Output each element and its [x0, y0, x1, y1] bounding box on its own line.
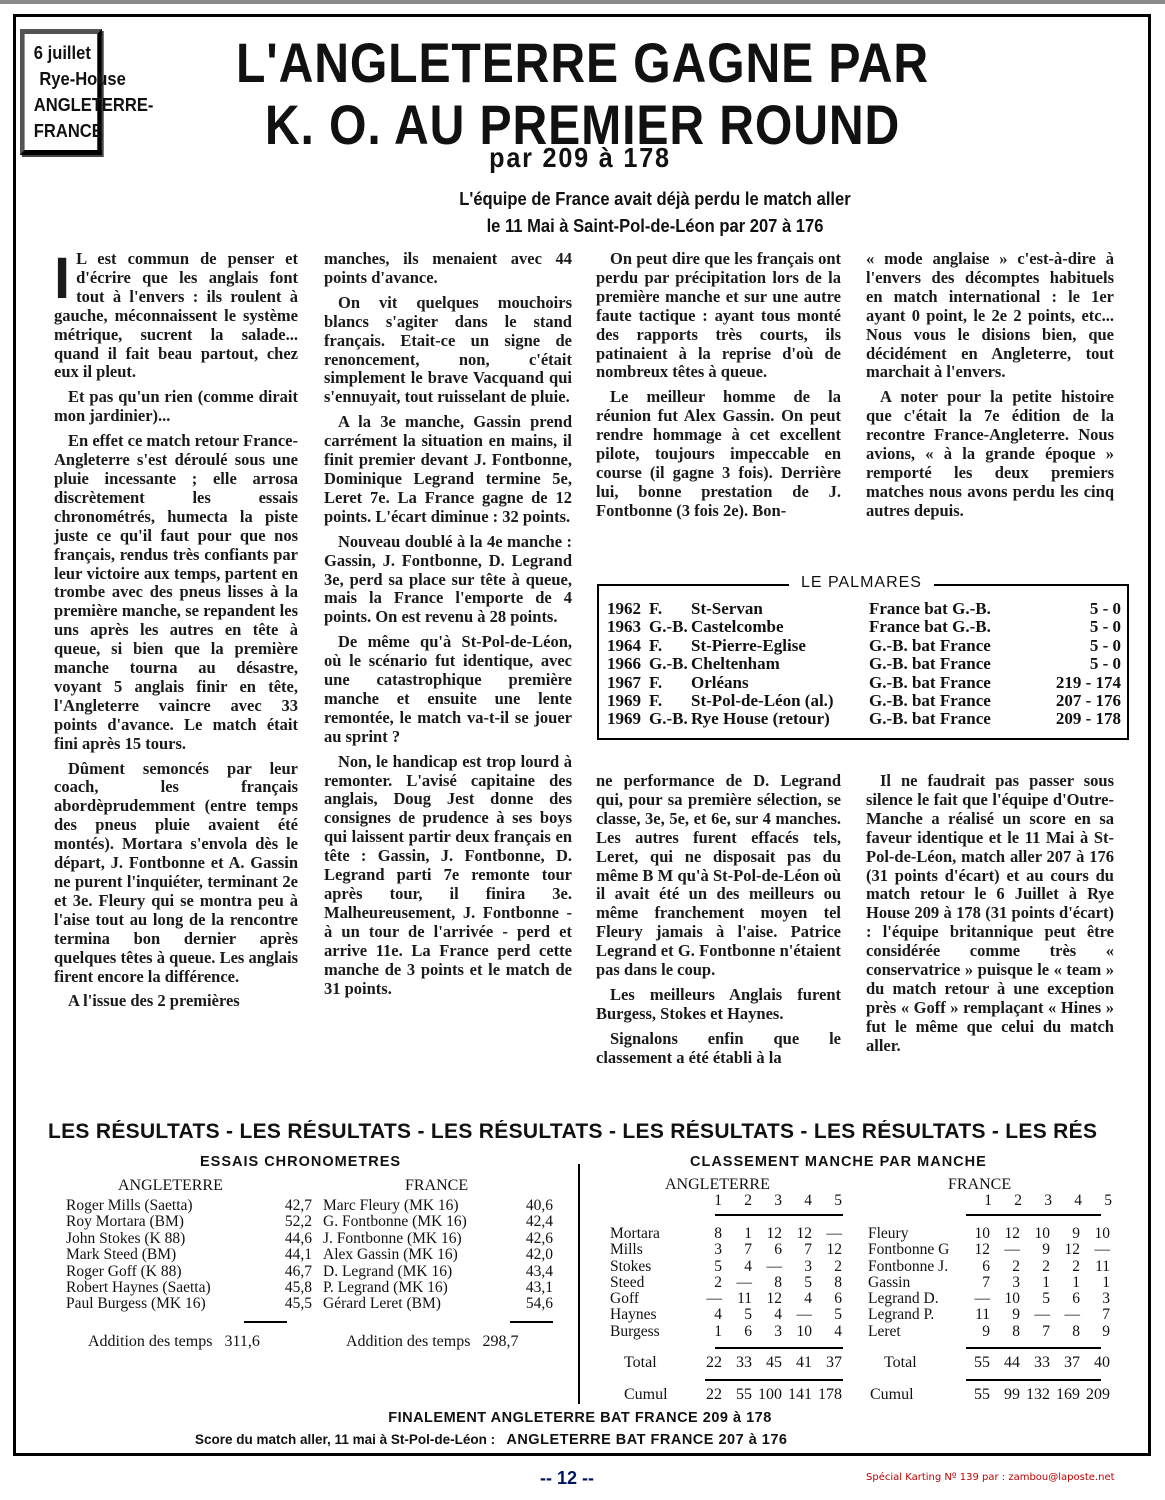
table-row: Paul Burgess (MK 16)45,5 — [66, 1296, 312, 1312]
article-paragraph: Les meilleurs Anglais furent Burgess, St… — [596, 986, 841, 1024]
article-column-4-bottom: Il ne faudrait pas passer sous silence l… — [866, 772, 1114, 1062]
classement-angleterre-table: Mortara811212— Mills376712 Stokes54—32 S… — [610, 1226, 842, 1340]
essais-angleterre-label: ANGLETERRE — [118, 1177, 223, 1195]
header-rule — [715, 1214, 843, 1216]
header-rule — [966, 1214, 1101, 1216]
table-row: Burgess163104 — [610, 1324, 842, 1340]
essais-france-label: FRANCE — [405, 1177, 468, 1195]
table-row: Goff—111246 — [610, 1291, 842, 1307]
table-row: Stokes54—32 — [610, 1259, 842, 1275]
classement-angleterre-cumul: Cumul2255100141178 — [624, 1386, 842, 1404]
table-row: John Stokes (K 88)44,6 — [66, 1231, 312, 1247]
table-row: Marc Fleury (MK 16)40,6 — [323, 1198, 553, 1214]
table-row: Fleury101210910 — [868, 1226, 1110, 1242]
table-row: Mark Steed (BM)44,1 — [66, 1247, 312, 1263]
venue-line: Rye-House — [34, 66, 97, 92]
classement-france-total: Total5544333740 — [884, 1354, 1110, 1372]
table-row: Steed2—858 — [610, 1275, 842, 1291]
total-rule — [244, 1321, 287, 1323]
palmares-box: LE PALMARES 1962F.St-ServanFrance bat G.… — [597, 584, 1129, 740]
article-paragraph: IL est commun de penser et d'écrire que … — [54, 250, 298, 382]
article-paragraph: On vit quelques mouchoirs blancs s'agite… — [324, 294, 572, 407]
table-row: 1969F.St-Pol-de-Léon (al.)G.-B. bat Fran… — [607, 692, 1121, 710]
article-column-3-bottom: ne performance de D. Legrand qui, pour s… — [596, 772, 841, 1074]
headline: L'ANGLETERRE GAGNE PAR K. O. AU PREMIER … — [202, 32, 963, 156]
table-row: Gassin73111 — [868, 1275, 1110, 1291]
essais-angleterre-table: Roger Mills (Saetta)42,7 Roy Mortara (BM… — [66, 1198, 312, 1313]
essais-france-total: Addition des temps 298,7 — [346, 1333, 518, 1351]
total-rule — [510, 1321, 553, 1323]
drop-cap: I — [54, 254, 70, 304]
table-row: 1969G.-B.Rye House (retour)G.-B. bat Fra… — [607, 710, 1121, 728]
essais-france-table: Marc Fleury (MK 16)40,6 G. Fontbonne (MK… — [323, 1198, 553, 1313]
table-row: Mills376712 — [610, 1242, 842, 1258]
first-leg-result: Score du match aller, 11 mai à St-Pol-de… — [195, 1432, 995, 1448]
team-line-1: ANGLETERRE- — [34, 92, 97, 118]
article-paragraph: manches, ils menaient avec 44 points d'a… — [324, 250, 572, 288]
table-row: 1963G.-B.CastelcombeFrance bat G.-B.5 - … — [607, 618, 1121, 636]
article-paragraph: A noter pour la petite histoire que c'ét… — [866, 388, 1114, 520]
classement-title: CLASSEMENT MANCHE PAR MANCHE — [690, 1154, 987, 1170]
table-row: 1966G.-B.CheltenhamG.-B. bat France5 - 0 — [607, 655, 1121, 673]
cumul-rule — [966, 1379, 1101, 1381]
table-row: Fontbonne G12—912— — [868, 1242, 1110, 1258]
table-row: Leret98789 — [868, 1324, 1110, 1340]
table-row: Haynes454—5 — [610, 1307, 842, 1323]
article-paragraph: Dûment semoncés par leur coach, les fran… — [54, 760, 298, 987]
subhead-score: par 209 à 178 — [310, 142, 850, 174]
essais-title: ESSAIS CHRONOMETRES — [200, 1154, 401, 1170]
total-rule — [715, 1347, 843, 1349]
credit-line: Spécial Karting Nº 139 par : zambou@lapo… — [866, 1472, 1115, 1483]
article-paragraph: A la 3e manche, Gassin prend carrément l… — [324, 413, 572, 526]
table-row: 1964F.St-Pierre-EgliseG.-B. bat France5 … — [607, 637, 1121, 655]
article-paragraph: Signalons enfin que le classement a été … — [596, 1030, 841, 1068]
table-row: 1967F.OrléansG.-B. bat France219 - 174 — [607, 674, 1121, 692]
table-row: Robert Haynes (Saetta)45,8 — [66, 1280, 312, 1296]
table-row: Legrand D.—10563 — [868, 1291, 1110, 1307]
table-row: Fontbonne J.622211 — [868, 1259, 1110, 1275]
table-row: Legrand P.119——7 — [868, 1307, 1110, 1323]
table-row: D. Legrand (MK 16)43,4 — [323, 1264, 553, 1280]
section-divider — [578, 1164, 580, 1404]
article-paragraph: Le meilleur homme de la réunion fut Alex… — [596, 388, 841, 520]
article-paragraph: De même qu'à St-Pol-de-Léon, où le scéna… — [324, 633, 572, 746]
table-row: Roger Mills (Saetta)42,7 — [66, 1198, 312, 1214]
article-column-1: IL est commun de penser et d'écrire que … — [54, 250, 298, 1017]
manche-headers-angleterre: 12345 — [692, 1192, 842, 1210]
table-row: P. Legrand (MK 16)43,1 — [323, 1280, 553, 1296]
table-row: Alex Gassin (MK 16)42,0 — [323, 1247, 553, 1263]
table-row: Roger Goff (K 88)46,7 — [66, 1264, 312, 1280]
classement-france-table: Fleury101210910 Fontbonne G12—912— Fontb… — [868, 1226, 1110, 1340]
date-line: 6 juillet — [34, 40, 97, 66]
article-paragraph: On peut dire que les français ont perdu … — [596, 250, 841, 382]
headline-line-1: L'ANGLETERRE GAGNE PAR — [202, 32, 963, 94]
table-row: G. Fontbonne (MK 16)42,4 — [323, 1214, 553, 1230]
top-border — [0, 0, 1165, 4]
article-paragraph: Et pas qu'un rien (comme dirait mon jard… — [54, 388, 298, 426]
article-paragraph: A l'issue des 2 premières — [54, 992, 298, 1011]
page-number: -- 12 -- — [540, 1468, 594, 1489]
article-paragraph: En effet ce match retour France-Angleter… — [54, 432, 298, 753]
article-paragraph: Nouveau doublé à la 4e manche : Gassin, … — [324, 533, 572, 628]
article-paragraph: ne performance de D. Legrand qui, pour s… — [596, 772, 841, 980]
palmares-table: 1962F.St-ServanFrance bat G.-B.5 - 0 196… — [607, 600, 1121, 729]
article-column-2: manches, ils menaient avec 44 points d'a… — [324, 250, 572, 1004]
classement-angleterre-total: Total2233454137 — [624, 1354, 842, 1372]
final-result: FINALEMENT ANGLETERRE BAT FRANCE 209 à 1… — [250, 1410, 910, 1426]
essais-angleterre-total: Addition des temps 311,6 — [88, 1333, 260, 1351]
article-column-4-top: « mode anglaise » c'est-à-dire à l'enver… — [866, 250, 1114, 527]
classement-france-cumul: Cumul5599132169209 — [870, 1386, 1110, 1404]
table-row: Mortara811212— — [610, 1226, 842, 1242]
table-row: 1962F.St-ServanFrance bat G.-B.5 - 0 — [607, 600, 1121, 618]
table-row: Roy Mortara (BM)52,2 — [66, 1214, 312, 1230]
table-row: J. Fontbonne (MK 16)42,6 — [323, 1231, 553, 1247]
palmares-title: LE PALMARES — [789, 574, 934, 592]
article-paragraph: Il ne faudrait pas passer sous silence l… — [866, 772, 1114, 1056]
deck-line-2: le 11 Mai à Saint-Pol-de-Léon par 207 à … — [310, 213, 1000, 240]
manche-headers-france: 12345 — [962, 1192, 1112, 1210]
results-banner: LES RÉSULTATS - LES RÉSULTATS - LES RÉSU… — [48, 1120, 1138, 1144]
article-paragraph: « mode anglaise » c'est-à-dire à l'enver… — [866, 250, 1114, 382]
total-rule — [966, 1347, 1101, 1349]
article-paragraph: Non, le handicap est trop lourd à remont… — [324, 753, 572, 999]
deck: L'équipe de France avait déjà perdu le m… — [310, 186, 1000, 240]
team-line-2: FRANCE — [34, 118, 97, 144]
date-location-box: 6 juillet Rye-House ANGLETERRE- FRANCE — [20, 29, 102, 155]
cumul-rule — [705, 1379, 843, 1381]
article-column-3-top: On peut dire que les français ont perdu … — [596, 250, 841, 527]
table-row: Gérard Leret (BM)54,6 — [323, 1296, 553, 1312]
deck-line-1: L'équipe de France avait déjà perdu le m… — [310, 186, 1000, 213]
